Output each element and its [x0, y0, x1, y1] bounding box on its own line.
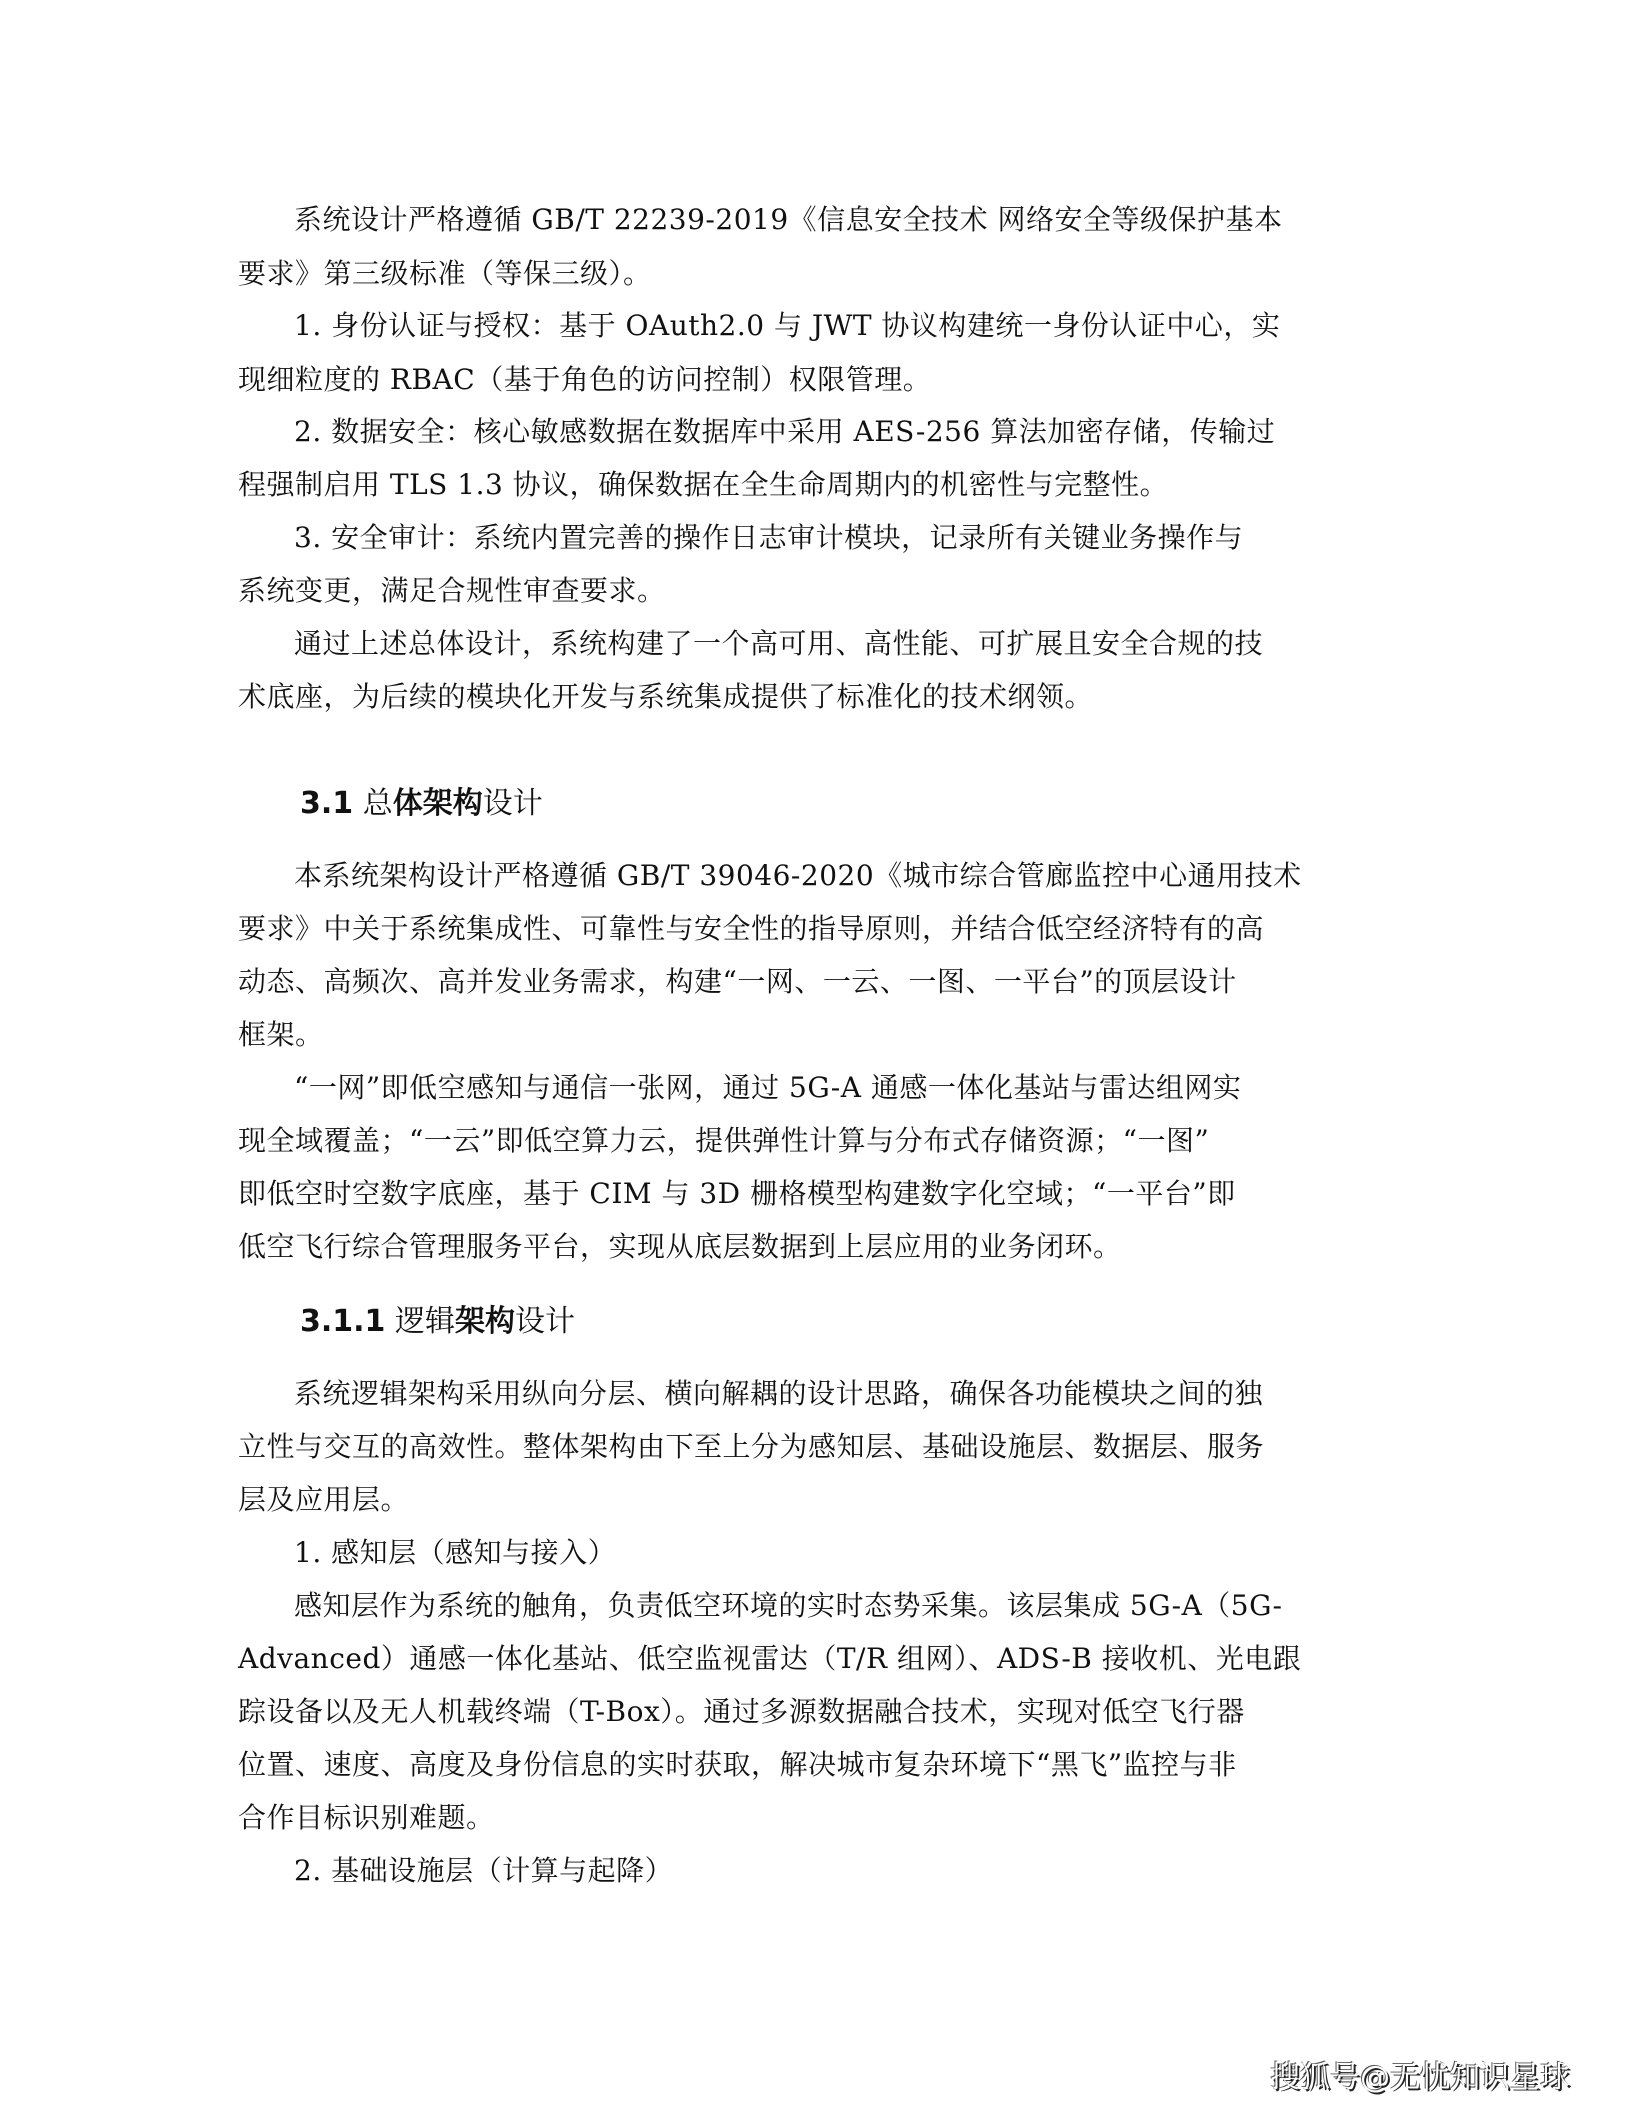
- security-item-2-line: 2. 数据安全：核心敏感数据在数据库中采用 AES-256 算法加密存储，传输过: [294, 412, 1444, 452]
- section-3-1-1-p1-line: 系统逻辑架构采用纵向分层、横向解耦的设计思路，确保各功能模块之间的独: [294, 1374, 1444, 1414]
- security-item-3-line: 3. 安全审计：系统内置完善的操作日志审计模块，记录所有关键业务操作与: [294, 518, 1444, 558]
- security-item-1-line: 1. 身份认证与授权：基于 OAuth2.0 与 JWT 协议构建统一身份认证中…: [294, 306, 1444, 346]
- security-item-2-line: 程强制启用 TLS 1.3 协议，确保数据在全生命周期内的机密性与完整性。: [238, 465, 1388, 505]
- summary-line: 通过上述总体设计，系统构建了一个高可用、高性能、可扩展且安全合规的技: [294, 624, 1444, 664]
- security-item-1-line: 现细粒度的 RBAC（基于角色的访问控制）权限管理。: [238, 360, 1388, 400]
- section-3-1-p2-line: “一网”即低空感知与通信一张网，通过 5G-A 通感一体化基站与雷达组网实: [294, 1068, 1444, 1108]
- layer-1-line: 合作目标识别难题。: [238, 1798, 1388, 1838]
- section-3-1-p1-line: 框架。: [238, 1015, 1388, 1055]
- section-title-part: 总: [363, 786, 393, 821]
- section-title-part: 设计: [515, 1304, 575, 1339]
- section-title-part: 逻辑: [395, 1304, 455, 1339]
- section-heading-3-1: 3.1 总体架构设计: [300, 782, 543, 826]
- section-number: 3.1: [300, 786, 353, 821]
- layer-1-title: 1. 感知层（感知与接入）: [294, 1533, 1444, 1573]
- section-3-1-p1-line: 本系统架构设计严格遵循 GB/T 39046-2020《城市综合管廊监控中心通用…: [294, 856, 1444, 896]
- summary-line: 术底座，为后续的模块化开发与系统集成提供了标准化的技术纲领。: [238, 677, 1388, 717]
- intro-line: 要求》第三级标准（等保三级）。: [238, 254, 1388, 294]
- layer-1-line: 位置、速度、高度及身份信息的实时获取，解决城市复杂环境下“黑飞”监控与非: [238, 1745, 1388, 1785]
- section-heading-3-1-1: 3.1.1 逻辑架构设计: [300, 1300, 575, 1344]
- section-3-1-1-p1-line: 立性与交互的高效性。整体架构由下至上分为感知层、基础设施层、数据层、服务: [238, 1427, 1388, 1467]
- layer-1-line: 感知层作为系统的触角，负责低空环境的实时态势采集。该层集成 5G-A（5G-: [294, 1586, 1444, 1626]
- section-3-1-p1-line: 要求》中关于系统集成性、可靠性与安全性的指导原则，并结合低空经济特有的高: [238, 909, 1388, 949]
- section-title-bold: 架构: [455, 1304, 515, 1339]
- section-3-1-p2-line: 低空飞行综合管理服务平台，实现从底层数据到上层应用的业务闭环。: [238, 1227, 1388, 1267]
- layer-2-title: 2. 基础设施层（计算与起降）: [294, 1851, 1444, 1891]
- document-page: 系统设计严格遵循 GB/T 22239-2019《信息安全技术 网络安全等级保护…: [0, 0, 1632, 2112]
- section-3-1-1-p1-line: 层及应用层。: [238, 1480, 1388, 1520]
- layer-1-line: 踪设备以及无人机载终端（T-Box）。通过多源数据融合技术，实现对低空飞行器: [238, 1692, 1388, 1732]
- section-3-1-p2-line: 即低空时空数字底座，基于 CIM 与 3D 栅格模型构建数字化空域；“一平台”即: [238, 1174, 1388, 1214]
- intro-line: 系统设计严格遵循 GB/T 22239-2019《信息安全技术 网络安全等级保护…: [294, 200, 1444, 240]
- section-3-1-p1-line: 动态、高频次、高并发业务需求，构建“一网、一云、一图、一平台”的顶层设计: [238, 962, 1388, 1002]
- section-title-bold: 体架构: [393, 786, 483, 821]
- security-item-3-line: 系统变更，满足合规性审查要求。: [238, 571, 1388, 611]
- section-3-1-p2-line: 现全域覆盖；“一云”即低空算力云，提供弹性计算与分布式存储资源；“一图”: [238, 1121, 1388, 1161]
- layer-1-line: Advanced）通感一体化基站、低空监视雷达（T/R 组网）、ADS-B 接收…: [238, 1639, 1388, 1679]
- section-number: 3.1.1: [300, 1304, 385, 1339]
- watermark: 搜狐号@无忧知识星球: [1270, 2058, 1570, 2098]
- section-title-part: 设计: [483, 786, 543, 821]
